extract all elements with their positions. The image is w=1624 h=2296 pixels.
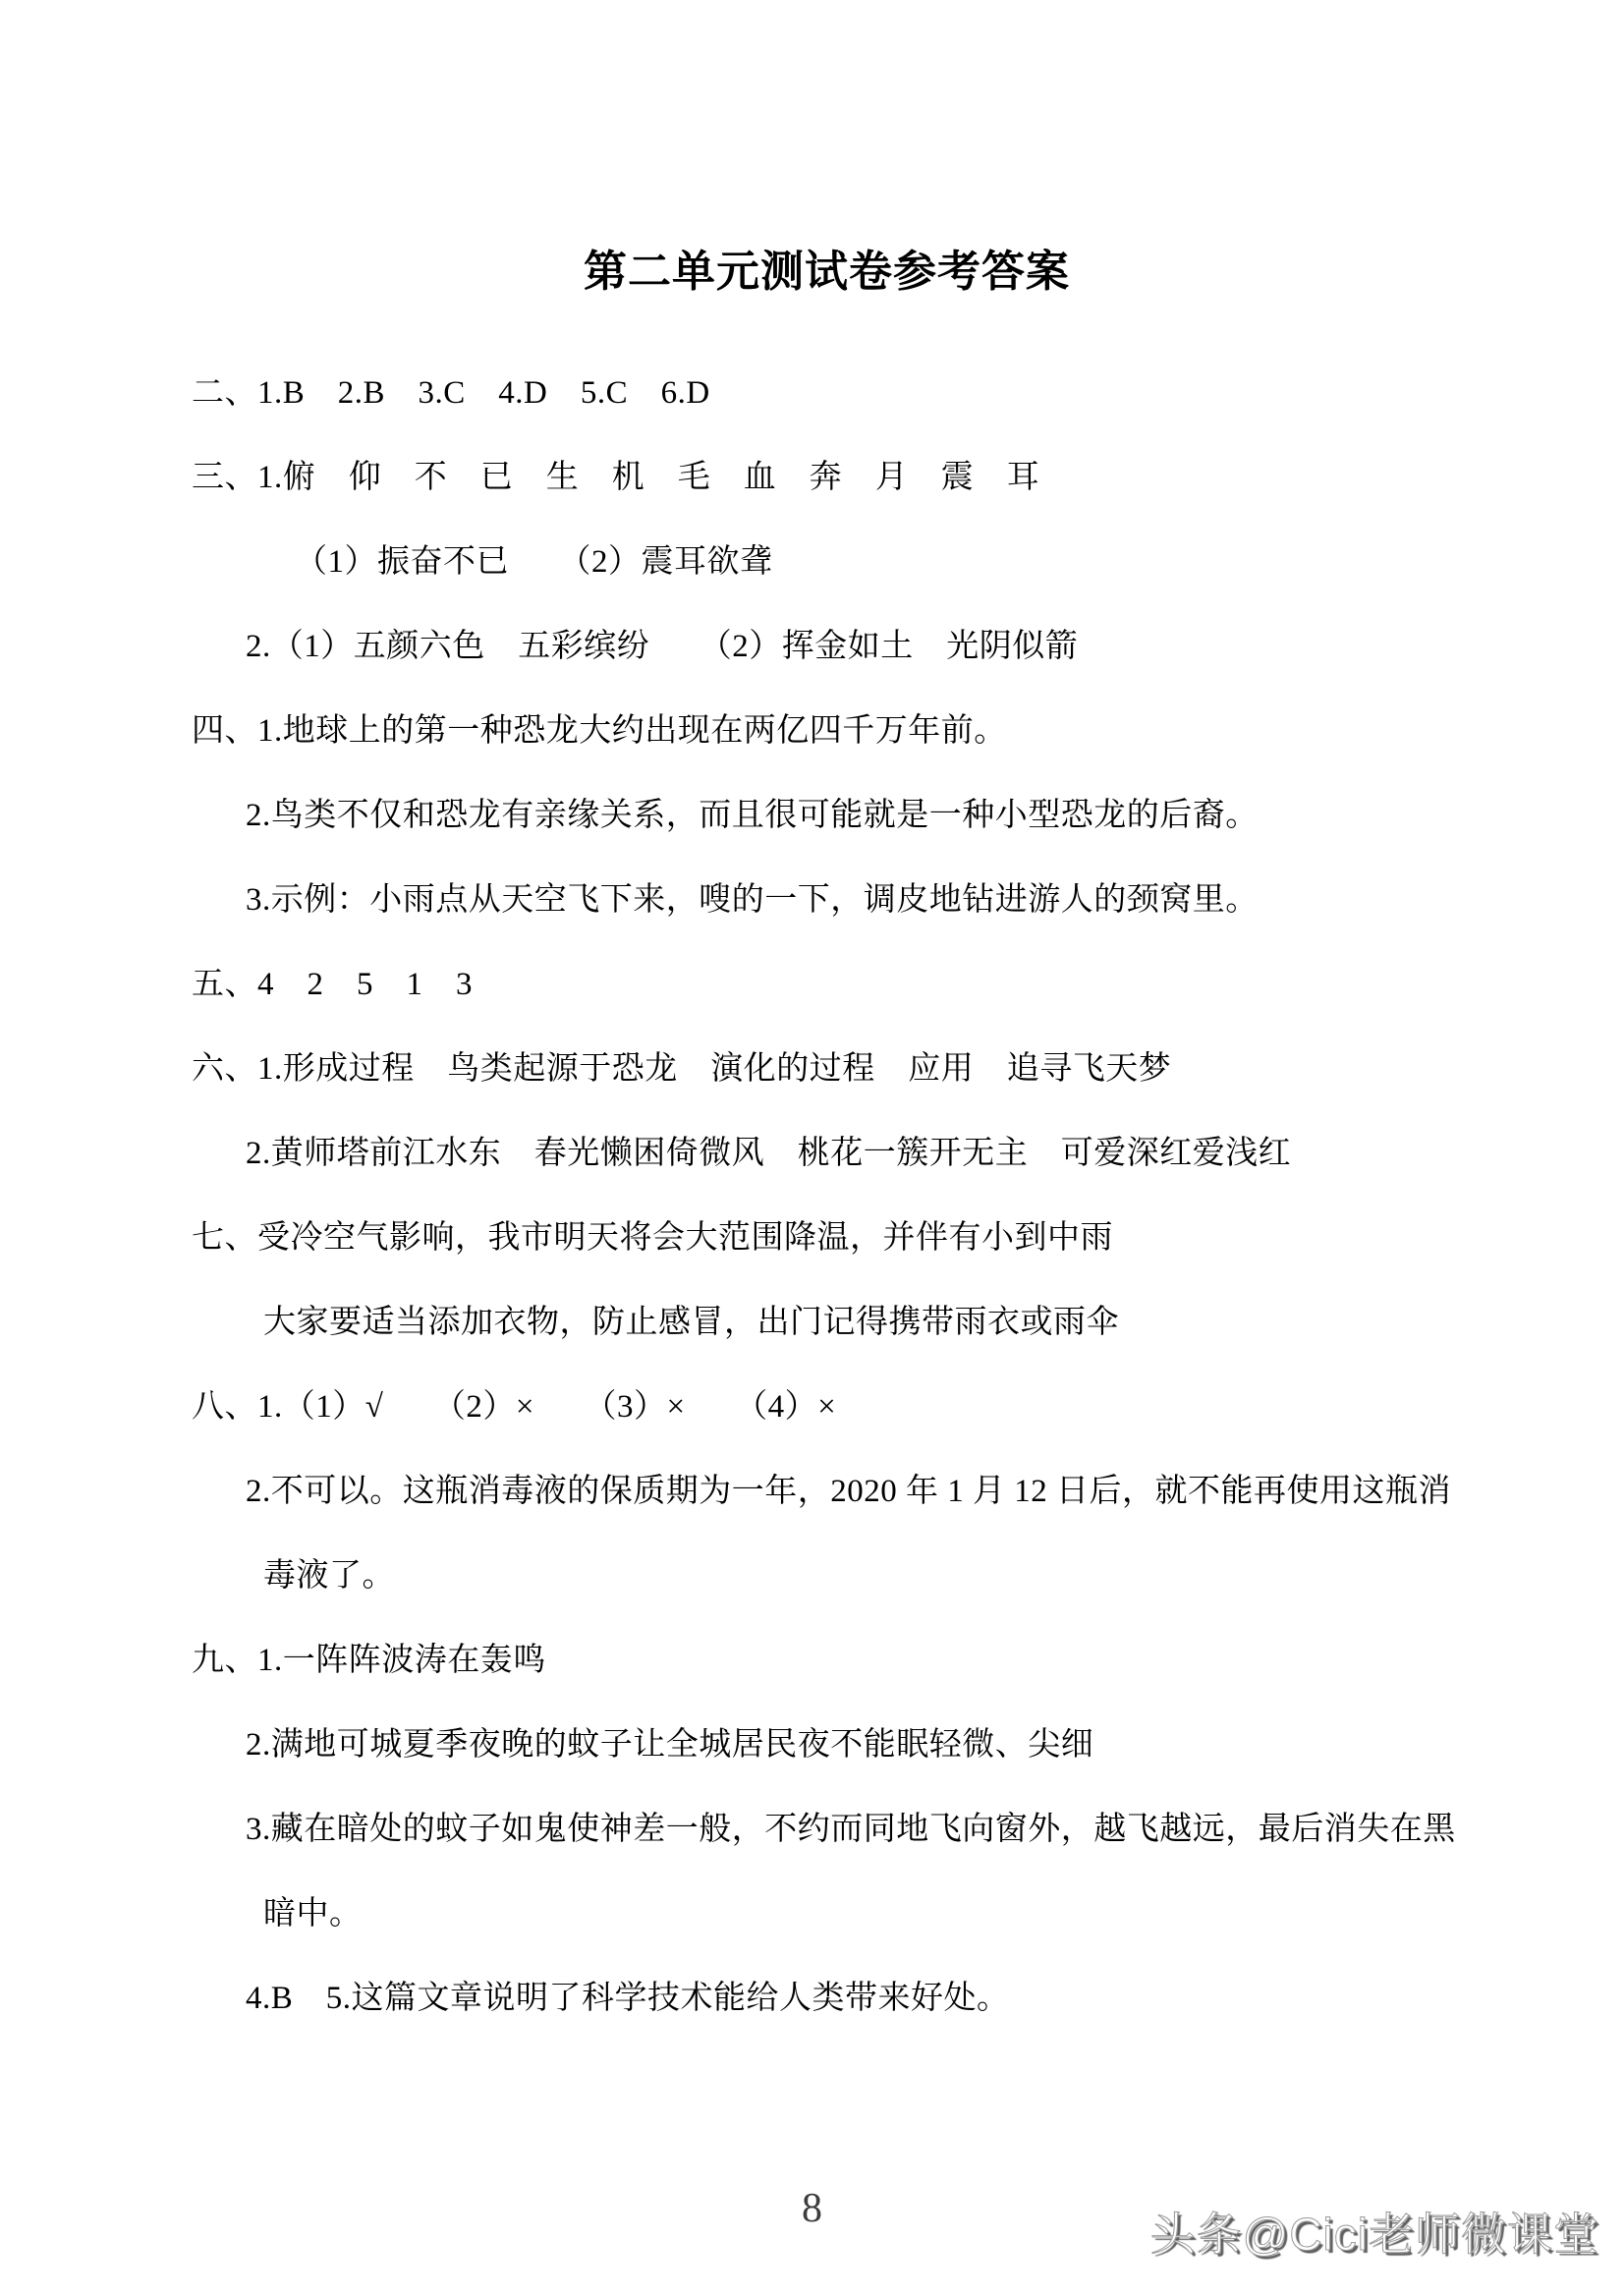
answer-line: 2.不可以。这瓶消毒液的保质期为一年，2020 年 1 月 12 日后，就不能再… <box>0 1449 1624 1534</box>
answer-line: 4.B 5.这篇文章说明了科学技术能给人类带来好处。 <box>0 1956 1624 2041</box>
answer-line: 3.示例：小雨点从天空飞下来，嗖的一下，调皮地钻进游人的颈窝里。 <box>0 858 1624 942</box>
answer-line: 九、1.一阵阵波涛在轰鸣 <box>0 1618 1624 1703</box>
answer-line: 五、4 2 5 1 3 <box>0 942 1624 1027</box>
answer-line: （1）振奋不已 （2）震耳欲聋 <box>0 520 1624 604</box>
document-page: 第二单元测试卷参考答案 二、1.B 2.B 3.C 4.D 5.C 6.D 三、… <box>0 0 1624 2296</box>
watermark: 头条@Cici老师微课堂 <box>1150 2207 1599 2262</box>
answer-line: 八、1.（1）√ （2）× （3）× （4）× <box>0 1365 1624 1449</box>
answer-line: 暗中。 <box>0 1872 1624 1956</box>
answer-line: 2.黄师塔前江水东 春光懒困倚微风 桃花一簇开无主 可爱深红爱浅红 <box>0 1111 1624 1196</box>
answer-line: 毒液了。 <box>0 1534 1624 1618</box>
answer-line: 四、1.地球上的第一种恐龙大约出现在两亿四千万年前。 <box>0 689 1624 773</box>
answer-line: 七、受冷空气影响，我市明天将会大范围降温，并伴有小到中雨 <box>0 1196 1624 1280</box>
answer-line: 二、1.B 2.B 3.C 4.D 5.C 6.D <box>0 351 1624 435</box>
answers-content: 二、1.B 2.B 3.C 4.D 5.C 6.D 三、1.俯 仰 不 已 生 … <box>0 351 1624 2041</box>
answer-line: 三、1.俯 仰 不 已 生 机 毛 血 奔 月 震 耳 <box>0 435 1624 520</box>
answer-line: 大家要适当添加衣物，防止感冒，出门记得携带雨衣或雨伞 <box>0 1280 1624 1365</box>
answer-line: 2.（1）五颜六色 五彩缤纷 （2）挥金如土 光阴似箭 <box>0 604 1624 689</box>
answer-line: 3.藏在暗处的蚊子如鬼使神差一般，不约而同地飞向窗外，越飞越远，最后消失在黑 <box>0 1787 1624 1872</box>
answer-line: 六、1.形成过程 鸟类起源于恐龙 演化的过程 应用 追寻飞天梦 <box>0 1027 1624 1111</box>
answer-line: 2.鸟类不仅和恐龙有亲缘关系，而且很可能就是一种小型恐龙的后裔。 <box>0 773 1624 858</box>
page-title: 第二单元测试卷参考答案 <box>0 248 1624 297</box>
answer-line: 2.满地可城夏季夜晚的蚊子让全城居民夜不能眠轻微、尖细 <box>0 1703 1624 1787</box>
